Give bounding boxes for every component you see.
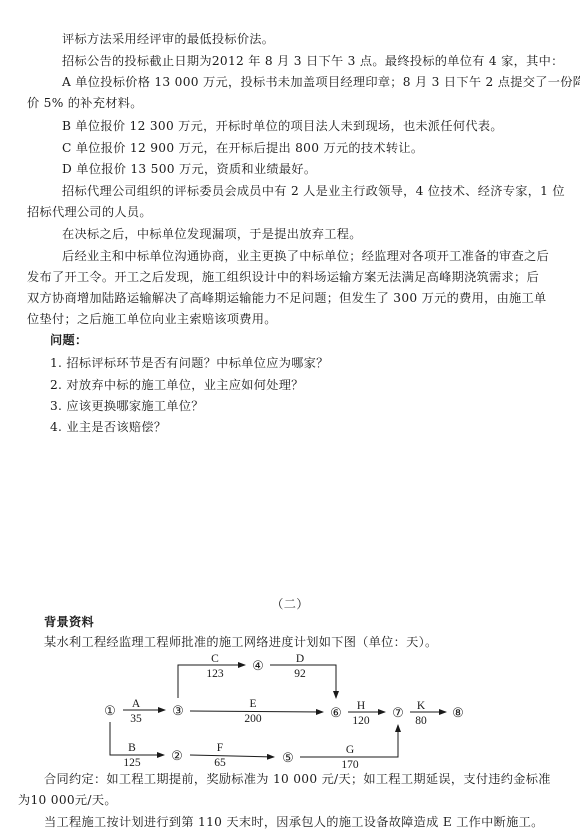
paragraph-line: 为10 000元/天。 [18, 792, 117, 808]
activity-g-duration: 170 [341, 759, 359, 771]
activity-c-name: C [211, 653, 219, 665]
activity-k-name: K [417, 700, 426, 712]
activity-e-name: E [249, 698, 256, 710]
activity-d-name: D [296, 653, 304, 665]
activity-a-duration: 35 [130, 713, 142, 725]
activity-h-duration: 120 [352, 715, 370, 727]
activity-d-duration: 92 [294, 668, 306, 680]
node-8: ⑧ [452, 705, 464, 720]
node-4: ④ [252, 658, 264, 673]
activity-k-duration: 80 [415, 715, 427, 727]
node-7: ⑦ [392, 705, 404, 720]
activity-b-duration: 125 [123, 757, 141, 769]
activity-h-name: H [357, 700, 365, 712]
paragraph-line: 合同约定：如工程工期提前，奖励标准为 10 000 元/天；如工程工期延误，支付… [44, 771, 551, 787]
node-6: ⑥ [330, 705, 342, 720]
activity-f-name: F [217, 742, 223, 754]
activity-g-name: G [346, 744, 354, 756]
activity-a-name: A [132, 698, 141, 710]
activity-c-duration: 123 [206, 668, 224, 680]
activity-e-duration: 200 [244, 713, 262, 725]
node-1: ① [104, 703, 116, 718]
node-5: ⑤ [282, 750, 294, 765]
node-2: ② [171, 748, 183, 763]
paragraph-line: 当工程施工按计划进行到第 110 天末时，因承包人的施工设备故障造成 E 工作中… [44, 814, 544, 830]
network-diagram: ① ② ③ ④ ⑤ ⑥ ⑦ ⑧ A 35 B 125 C 123 D 92 E … [0, 0, 580, 836]
node-3: ③ [172, 703, 184, 718]
activity-b-name: B [128, 742, 136, 754]
activity-f-duration: 65 [214, 757, 226, 769]
